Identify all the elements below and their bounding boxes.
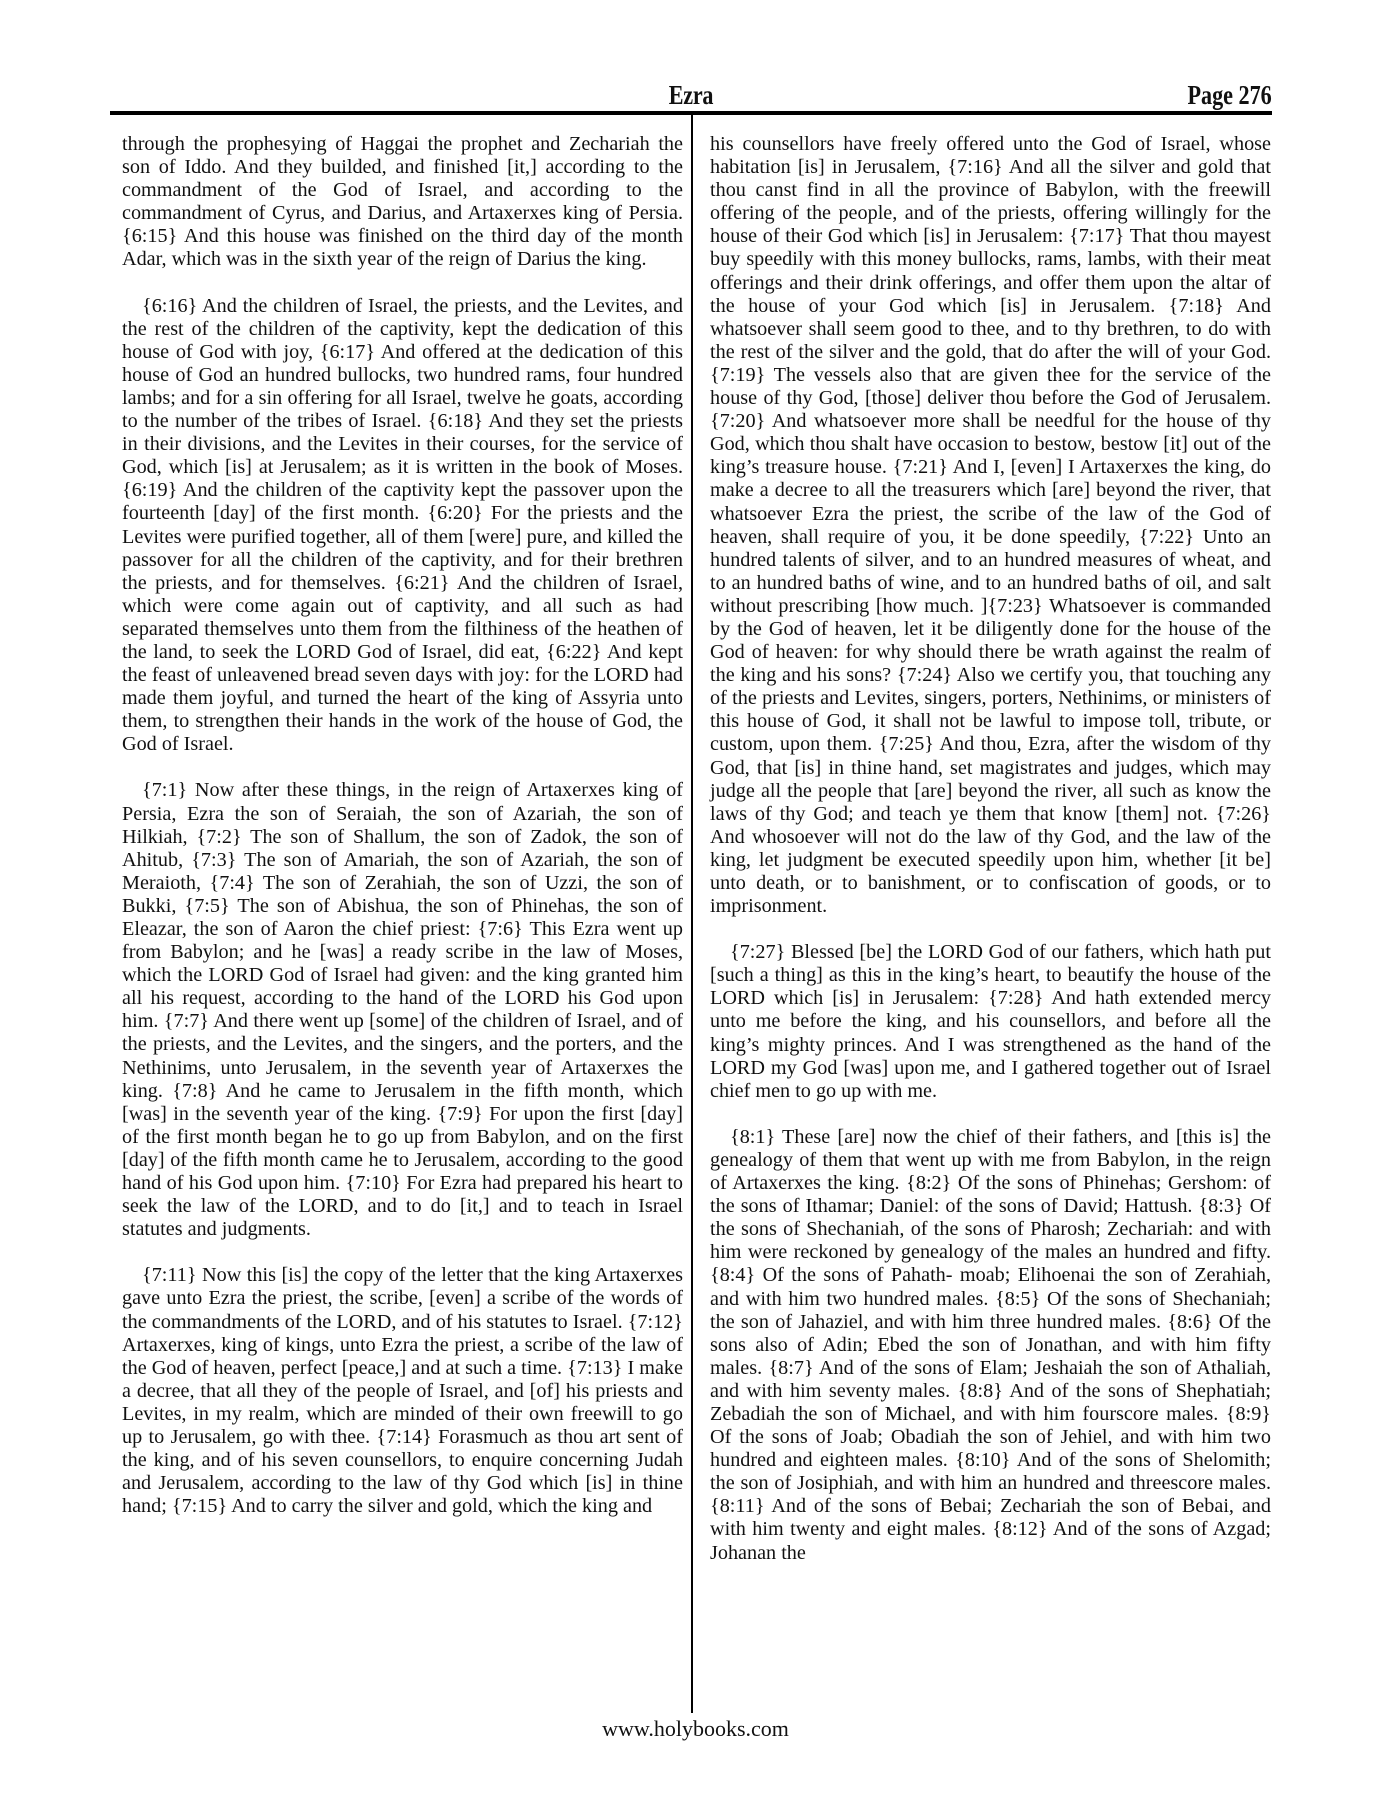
paragraph: {7:27} Blessed [be] the LORD God of our … [710, 941, 1271, 1103]
paragraph: through the prophesying of Haggai the pr… [122, 133, 683, 272]
paragraph: {7:11} Now this [is] the copy of the let… [122, 1264, 683, 1518]
column-divider [691, 113, 693, 1713]
page-number: Page 276 [1188, 80, 1272, 111]
left-column: through the prophesying of Haggai the pr… [122, 133, 683, 1541]
paragraph: {7:1} Now after these things, in the rei… [122, 779, 683, 1241]
paragraph: his counsellors have freely offered unto… [710, 133, 1271, 918]
paragraph: {8:1} These [are] now the chief of their… [710, 1126, 1271, 1565]
paragraph: {6:16} And the children of Israel, the p… [122, 295, 683, 757]
right-column: his counsellors have freely offered unto… [710, 133, 1271, 1588]
page-header: Ezra Page 276 [110, 80, 1272, 112]
footer-website: www.holybooks.com [0, 1716, 1391, 1742]
book-title: Ezra [215, 80, 1168, 111]
